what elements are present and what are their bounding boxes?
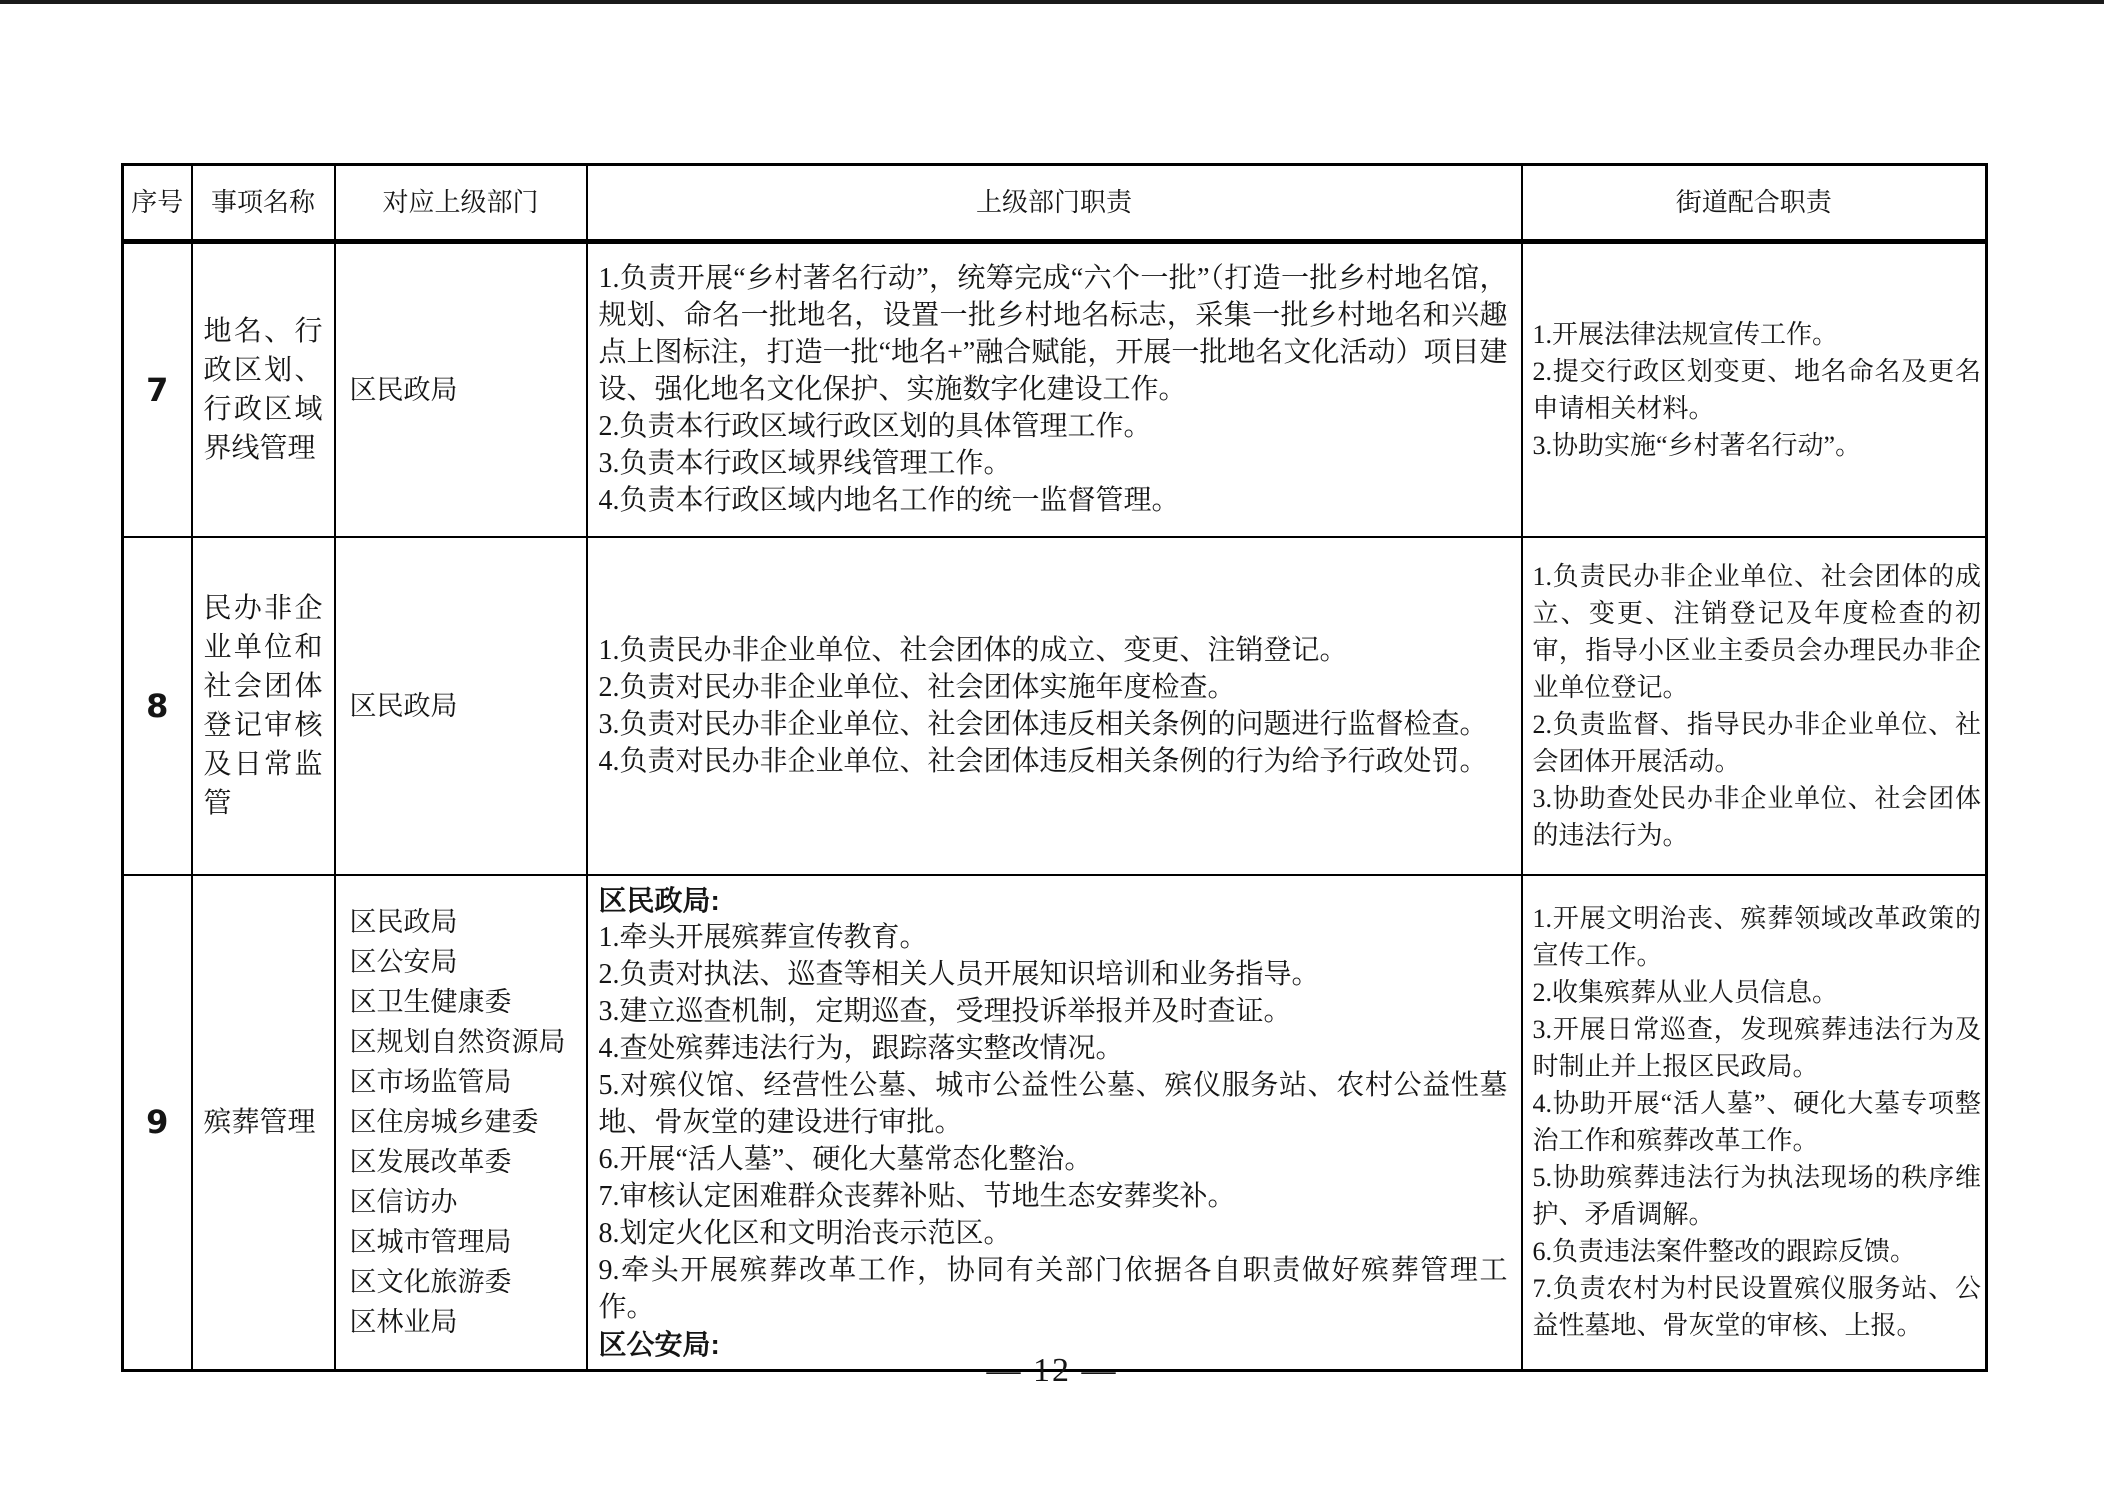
duty-item: 3.负责对民办非企业单位、社会团体违反相关条例的问题进行监督检查。	[599, 706, 1508, 743]
street-duty-item: 1.开展文明治丧、殡葬领域改革政策的宣传工作。	[1533, 900, 1982, 974]
department-line: 区住房城乡建委	[350, 1102, 576, 1142]
department-cell: 区民政局	[335, 537, 587, 875]
department-cell: 区民政局区公安局区卫生健康委区规划自然资源局区市场监管局区住房城乡建委区发展改革…	[335, 875, 587, 1371]
department-line: 区文化旅游委	[350, 1262, 576, 1302]
department-line: 区市场监管局	[350, 1062, 576, 1102]
superior-duties-cell: 1.负责开展“乡村著名行动”，统筹完成“六个一批”（打造一批乡村地名馆，规划、命…	[587, 242, 1522, 537]
table-row: 9殡葬管理区民政局区公安局区卫生健康委区规划自然资源局区市场监管局区住房城乡建委…	[123, 875, 1987, 1371]
header-cell-street-duty: 街道配合职责	[1522, 165, 1987, 242]
duty-item: 3.建立巡查机制，定期巡查，受理投诉举报并及时查证。	[599, 993, 1508, 1030]
street-duty-item: 4.协助开展“活人墓”、硬化大墓专项整治工作和殡葬改革工作。	[1533, 1085, 1982, 1159]
department-line: 区公安局	[350, 942, 576, 982]
table-header: 序号 事项名称 对应上级部门 上级部门职责 街道配合职责	[123, 165, 1987, 242]
street-duty-item: 3.协助查处民办非企业单位、社会团体的违法行为。	[1533, 780, 1982, 854]
department-line: 区林业局	[350, 1302, 576, 1342]
superior-duties-cell: 1.负责民办非企业单位、社会团体的成立、变更、注销登记。2.负责对民办非企业单位…	[587, 537, 1522, 875]
department-line: 区发展改革委	[350, 1142, 576, 1182]
street-duty-item: 5.协助殡葬违法行为执法现场的秩序维护、矛盾调解。	[1533, 1159, 1982, 1233]
item-name-cell: 殡葬管理	[192, 875, 335, 1371]
item-name-cell: 民办非企业单位和社会团体登记审核及日常监管	[192, 537, 335, 875]
duty-item: 7.审核认定困难群众丧葬补贴、节地生态安葬奖补。	[599, 1178, 1508, 1215]
department-line: 区卫生健康委	[350, 982, 576, 1022]
street-duty-item: 2.收集殡葬从业人员信息。	[1533, 974, 1982, 1011]
document-page: { "page": { "label": "— 12 —" }, "table"…	[0, 0, 2104, 1488]
street-duties-cell: 1.开展文明治丧、殡葬领域改革政策的宣传工作。2.收集殡葬从业人员信息。3.开展…	[1522, 875, 1987, 1371]
duty-item: 4.负责对民办非企业单位、社会团体违反相关条例的行为给予行政处罚。	[599, 743, 1508, 780]
superior-duties-cell: 区民政局:1.牵头开展殡葬宣传教育。2.负责对执法、巡查等相关人员开展知识培训和…	[587, 875, 1522, 1371]
street-duties-cell: 1.开展法律法规宣传工作。2.提交行政区划变更、地名命名及更名申请相关材料。3.…	[1522, 242, 1987, 537]
duty-item: 9.牵头开展殡葬改革工作，协同有关部门依据各自职责做好殡葬管理工作。	[599, 1252, 1508, 1326]
header-cell-serial: 序号	[123, 165, 192, 242]
department-line: 区信访办	[350, 1182, 576, 1222]
department-line: 区民政局	[350, 370, 576, 410]
item-name-cell: 地名、行政区划、行政区域界线管理	[192, 242, 335, 537]
scan-edge-artifact	[0, 0, 2104, 4]
duty-item: 2.负责本行政区域行政区划的具体管理工作。	[599, 408, 1508, 445]
department-line: 区民政局	[350, 902, 576, 942]
duty-item: 2.负责对执法、巡查等相关人员开展知识培训和业务指导。	[599, 956, 1508, 993]
street-duty-item: 7.负责农村为村民设置殡仪服务站、公益性墓地、骨灰堂的审核、上报。	[1533, 1270, 1982, 1344]
street-duty-item: 3.协助实施“乡村著名行动”。	[1533, 427, 1982, 464]
table-row: 7地名、行政区划、行政区域界线管理区民政局1.负责开展“乡村著名行动”，统筹完成…	[123, 242, 1987, 537]
serial-number-cell: 7	[123, 242, 192, 537]
header-cell-item-name: 事项名称	[192, 165, 335, 242]
duty-item: 4.查处殡葬违法行为，跟踪落实整改情况。	[599, 1030, 1508, 1067]
department-line: 区规划自然资源局	[350, 1022, 576, 1062]
street-duty-item: 6.负责违法案件整改的跟踪反馈。	[1533, 1233, 1982, 1270]
duty-item: 1.负责民办非企业单位、社会团体的成立、变更、注销登记。	[599, 632, 1508, 669]
serial-number-cell: 9	[123, 875, 192, 1371]
header-cell-duties: 上级部门职责	[587, 165, 1522, 242]
department-line: 区城市管理局	[350, 1222, 576, 1262]
header-cell-department: 对应上级部门	[335, 165, 587, 242]
duty-item: 8.划定火化区和文明治丧示范区。	[599, 1215, 1508, 1252]
street-duty-item: 2.提交行政区划变更、地名命名及更名申请相关材料。	[1533, 353, 1982, 427]
header-row: 序号 事项名称 对应上级部门 上级部门职责 街道配合职责	[123, 165, 1987, 242]
duty-item: 2.负责对民办非企业单位、社会团体实施年度检查。	[599, 669, 1508, 706]
street-duty-item: 1.负责民办非企业单位、社会团体的成立、变更、注销登记及年度检查的初审，指导小区…	[1533, 558, 1982, 706]
duty-item: 5.对殡仪馆、经营性公墓、城市公益性公墓、殡仪服务站、农村公益性墓地、骨灰堂的建…	[599, 1067, 1508, 1141]
street-duty-item: 3.开展日常巡查，发现殡葬违法行为及时制止并上报区民政局。	[1533, 1011, 1982, 1085]
page-number: — 12 —	[0, 1352, 2104, 1390]
table-row: 8民办非企业单位和社会团体登记审核及日常监管区民政局1.负责民办非企业单位、社会…	[123, 537, 1987, 875]
duty-item: 1.负责开展“乡村著名行动”，统筹完成“六个一批”（打造一批乡村地名馆，规划、命…	[599, 260, 1508, 408]
duty-item: 3.负责本行政区域界线管理工作。	[599, 445, 1508, 482]
duty-item: 区民政局:	[599, 882, 1508, 919]
department-line: 区民政局	[350, 686, 576, 726]
duty-item: 1.牵头开展殡葬宣传教育。	[599, 919, 1508, 956]
responsibility-table: 序号 事项名称 对应上级部门 上级部门职责 街道配合职责 7地名、行政区划、行政…	[121, 163, 1988, 1372]
duty-item: 6.开展“活人墓”、硬化大墓常态化整治。	[599, 1141, 1508, 1178]
duty-item: 4.负责本行政区域内地名工作的统一监督管理。	[599, 482, 1508, 519]
street-duty-item: 2.负责监督、指导民办非企业单位、社会团体开展活动。	[1533, 706, 1982, 780]
table-body: 7地名、行政区划、行政区域界线管理区民政局1.负责开展“乡村著名行动”，统筹完成…	[123, 242, 1987, 1371]
department-cell: 区民政局	[335, 242, 587, 537]
serial-number-cell: 8	[123, 537, 192, 875]
street-duty-item: 1.开展法律法规宣传工作。	[1533, 316, 1982, 353]
street-duties-cell: 1.负责民办非企业单位、社会团体的成立、变更、注销登记及年度检查的初审，指导小区…	[1522, 537, 1987, 875]
